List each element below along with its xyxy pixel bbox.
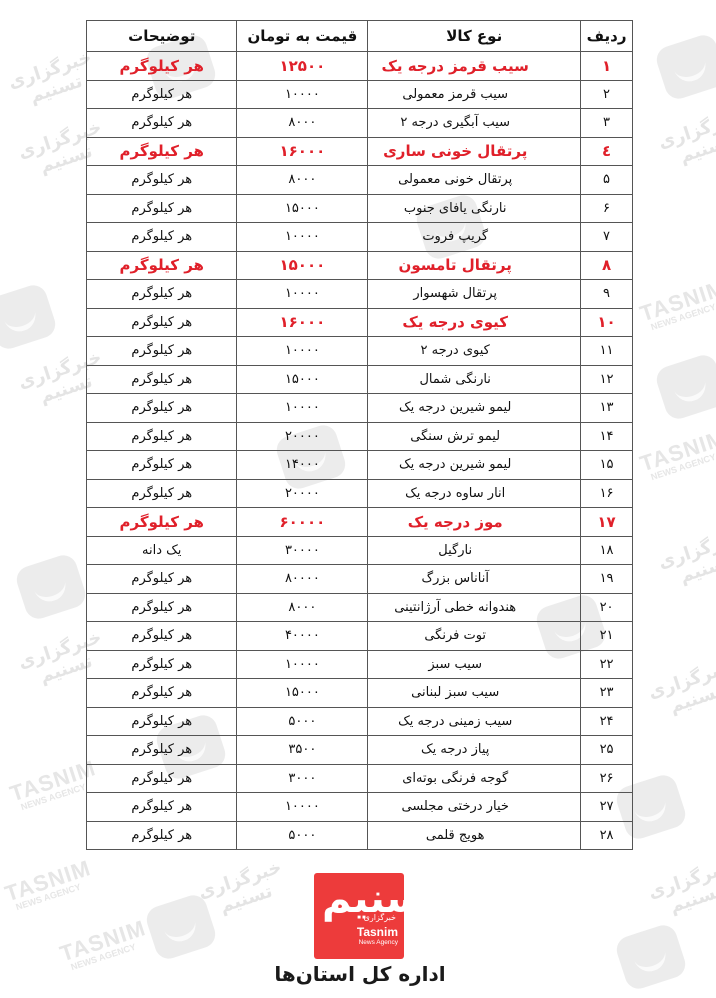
- cell-price: ۱۵۰۰۰: [237, 194, 368, 223]
- cell-index: ۹: [581, 280, 633, 309]
- cell-index: ۱۸: [581, 536, 633, 565]
- cell-price: ۸۰۰۰۰: [237, 565, 368, 594]
- table-row: ۱۴لیمو ترش سنگی۲۰۰۰۰هر کیلوگرم: [87, 422, 633, 451]
- cell-price: ۱۵۰۰۰: [237, 365, 368, 394]
- cell-index: ۲۸: [581, 821, 633, 850]
- header-item: نوع کالا: [368, 21, 581, 52]
- logo-en-sub-label: News Agency: [359, 939, 398, 946]
- cell-notes: هر کیلوگرم: [87, 280, 237, 309]
- cell-price: ۱۰۰۰۰: [237, 223, 368, 252]
- cell-notes: هر کیلوگرم: [87, 793, 237, 822]
- cell-notes: هر کیلوگرم: [87, 308, 237, 337]
- cell-price: ۲۰۰۰۰: [237, 422, 368, 451]
- cell-notes: هر کیلوگرم: [87, 508, 237, 537]
- table-row: ۱۸نارگیل۳۰۰۰۰یک دانه: [87, 536, 633, 565]
- cell-item: لیمو ترش سنگی: [368, 422, 581, 451]
- cell-price: ۱۶۰۰۰: [237, 137, 368, 166]
- cell-price: ۱۰۰۰۰: [237, 80, 368, 109]
- cell-notes: هر کیلوگرم: [87, 52, 237, 81]
- cell-item: هویج قلمی: [368, 821, 581, 850]
- table-row: ۲۵پیاز درجه یک۳۵۰۰هر کیلوگرم: [87, 736, 633, 765]
- header-index: ردیف: [581, 21, 633, 52]
- cell-index: ۱۴: [581, 422, 633, 451]
- cell-index: ۱۰: [581, 308, 633, 337]
- header-notes: توضیحات: [87, 21, 237, 52]
- cell-notes: هر کیلوگرم: [87, 365, 237, 394]
- table-row: ۲۶گوجه فرنگی بوته‌ای۳۰۰۰هر کیلوگرم: [87, 764, 633, 793]
- cell-notes: هر کیلوگرم: [87, 764, 237, 793]
- table-row: ۱۳لیمو شیرین درجه یک۱۰۰۰۰هر کیلوگرم: [87, 394, 633, 423]
- table-row: ۱۶انار ساوه درجه یک۲۰۰۰۰هر کیلوگرم: [87, 479, 633, 508]
- cell-notes: هر کیلوگرم: [87, 479, 237, 508]
- cell-notes: هر کیلوگرم: [87, 422, 237, 451]
- table-row: ۱سیب قرمز درجه یک۱۲۵۰۰هر کیلوگرم: [87, 52, 633, 81]
- cell-index: ۶: [581, 194, 633, 223]
- table-row: ۲۳سیب سبز لبنانی۱۵۰۰۰هر کیلوگرم: [87, 679, 633, 708]
- watermark-logo-icon: [0, 282, 59, 353]
- cell-item: کیوی درجه ۲: [368, 337, 581, 366]
- watermark-en: TASNIMNEWS AGENCY: [57, 917, 151, 974]
- table-row: ۷گریپ فروت۱۰۰۰۰هر کیلوگرم: [87, 223, 633, 252]
- cell-price: ۱۰۰۰۰: [237, 394, 368, 423]
- table-row: ۲۸هویج قلمی۵۰۰۰هر کیلوگرم: [87, 821, 633, 850]
- cell-price: ۳۰۰۰۰: [237, 536, 368, 565]
- cell-price: ۱۲۵۰۰: [237, 52, 368, 81]
- watermark-fa: خبرگزاریتسنیم: [196, 858, 290, 922]
- header-price: قیمت به تومان: [237, 21, 368, 52]
- cell-price: ۸۰۰۰: [237, 166, 368, 195]
- cell-index: ۱۱: [581, 337, 633, 366]
- cell-notes: هر کیلوگرم: [87, 109, 237, 138]
- cell-index: ۱۳: [581, 394, 633, 423]
- cell-price: ۸۰۰۰: [237, 109, 368, 138]
- cell-index: ۱۵: [581, 451, 633, 480]
- cell-item: کیوی درجه یک: [368, 308, 581, 337]
- table-row: ۱۹آناناس بزرگ۸۰۰۰۰هر کیلوگرم: [87, 565, 633, 594]
- cell-price: ۵۰۰۰: [237, 821, 368, 850]
- table-row: ۵پرتقال خونی معمولی۸۰۰۰هر کیلوگرم: [87, 166, 633, 195]
- cell-price: ۴۰۰۰۰: [237, 622, 368, 651]
- cell-item: خیار درختی مجلسی: [368, 793, 581, 822]
- cell-index: ۲: [581, 80, 633, 109]
- cell-price: ۸۰۰۰: [237, 593, 368, 622]
- cell-item: پرتقال تامسون: [368, 251, 581, 280]
- watermark-logo-icon: [13, 552, 89, 623]
- cell-item: گریپ فروت: [368, 223, 581, 252]
- table-row: ۹پرتقال شهسوار۱۰۰۰۰هر کیلوگرم: [87, 280, 633, 309]
- table-row: ۲۴سیب زمینی درجه یک۵۰۰۰هر کیلوگرم: [87, 707, 633, 736]
- cell-notes: هر کیلوگرم: [87, 337, 237, 366]
- cell-notes: هر کیلوگرم: [87, 394, 237, 423]
- cell-item: پرتقال خونی معمولی: [368, 166, 581, 195]
- cell-item: پیاز درجه یک: [368, 736, 581, 765]
- cell-index: ۲۶: [581, 764, 633, 793]
- cell-item: سیب زمینی درجه یک: [368, 707, 581, 736]
- watermark-fa: خبرگزاریتسنیم: [656, 528, 716, 592]
- cell-item: هندوانه خطی آرژانتینی: [368, 593, 581, 622]
- logo-fa-label: خبرگزاری: [364, 913, 396, 922]
- cell-item: لیمو شیرین درجه یک: [368, 394, 581, 423]
- cell-notes: یک دانه: [87, 536, 237, 565]
- cell-price: ۶۰۰۰۰: [237, 508, 368, 537]
- cell-notes: هر کیلوگرم: [87, 679, 237, 708]
- cell-price: ۱۰۰۰۰: [237, 337, 368, 366]
- table-row: ۱۵لیمو شیرین درجه یک۱۴۰۰۰هر کیلوگرم: [87, 451, 633, 480]
- logo-en-label: Tasnim: [357, 925, 398, 939]
- cell-item: انار ساوه درجه یک: [368, 479, 581, 508]
- cell-notes: هر کیلوگرم: [87, 736, 237, 765]
- watermark-en: TASNIMNEWS AGENCY: [2, 857, 96, 914]
- cell-index: ۱۹: [581, 565, 633, 594]
- cell-price: ۱۶۰۰۰: [237, 308, 368, 337]
- cell-notes: هر کیلوگرم: [87, 194, 237, 223]
- cell-price: ۱۵۰۰۰: [237, 251, 368, 280]
- fruit-price-table: ردیف نوع کالا قیمت به تومان توضیحات ۱سیب…: [86, 20, 633, 850]
- cell-notes: هر کیلوگرم: [87, 251, 237, 280]
- cell-price: ۱۴۰۰۰: [237, 451, 368, 480]
- cell-notes: هر کیلوگرم: [87, 166, 237, 195]
- cell-index: ۲۱: [581, 622, 633, 651]
- footer-caption: اداره کل استان‌ها: [270, 962, 450, 986]
- cell-index: ۵: [581, 166, 633, 195]
- cell-index: ۲۳: [581, 679, 633, 708]
- cell-item: لیمو شیرین درجه یک: [368, 451, 581, 480]
- cell-index: ۱۲: [581, 365, 633, 394]
- cell-price: ۱۰۰۰۰: [237, 793, 368, 822]
- table-row: ۱۲نارنگی شمال۱۵۰۰۰هر کیلوگرم: [87, 365, 633, 394]
- table-row: ۲۷خیار درختی مجلسی۱۰۰۰۰هر کیلوگرم: [87, 793, 633, 822]
- cell-item: نارنگی شمال: [368, 365, 581, 394]
- watermark-fa: خبرگزاریتسنیم: [646, 658, 716, 722]
- watermark-logo-icon: [143, 892, 219, 963]
- cell-item: نارگیل: [368, 536, 581, 565]
- cell-price: ۱۵۰۰۰: [237, 679, 368, 708]
- cell-index: ۲۴: [581, 707, 633, 736]
- table-row: ۲۰هندوانه خطی آرژانتینی۸۰۰۰هر کیلوگرم: [87, 593, 633, 622]
- cell-item: سیب آبگیری درجه ۲: [368, 109, 581, 138]
- watermark-en: TASNIMNEWS AGENCY: [637, 277, 716, 334]
- cell-index: ۲۰: [581, 593, 633, 622]
- cell-notes: هر کیلوگرم: [87, 650, 237, 679]
- watermark-en: TASNIMNEWS AGENCY: [637, 427, 716, 484]
- cell-index: ۷: [581, 223, 633, 252]
- cell-notes: هر کیلوگرم: [87, 223, 237, 252]
- cell-item: توت فرنگی: [368, 622, 581, 651]
- cell-notes: هر کیلوگرم: [87, 707, 237, 736]
- table-row: ۸پرتقال تامسون۱۵۰۰۰هر کیلوگرم: [87, 251, 633, 280]
- watermark-fa: خبرگزاریتسنیم: [656, 108, 716, 172]
- cell-price: ۱۰۰۰۰: [237, 280, 368, 309]
- cell-item: سیب سبز لبنانی: [368, 679, 581, 708]
- table-row: ۱۱کیوی درجه ۲۱۰۰۰۰هر کیلوگرم: [87, 337, 633, 366]
- cell-index: ۱۶: [581, 479, 633, 508]
- cell-notes: هر کیلوگرم: [87, 137, 237, 166]
- cell-notes: هر کیلوگرم: [87, 451, 237, 480]
- cell-price: ۳۰۰۰: [237, 764, 368, 793]
- table-header-row: ردیف نوع کالا قیمت به تومان توضیحات: [87, 21, 633, 52]
- table-row: ۱۷موز درجه یک۶۰۰۰۰هر کیلوگرم: [87, 508, 633, 537]
- cell-price: ۳۵۰۰: [237, 736, 368, 765]
- cell-item: گوجه فرنگی بوته‌ای: [368, 764, 581, 793]
- table-row: ۳سیب آبگیری درجه ۲۸۰۰۰هر کیلوگرم: [87, 109, 633, 138]
- cell-notes: هر کیلوگرم: [87, 622, 237, 651]
- cell-notes: هر کیلوگرم: [87, 821, 237, 850]
- cell-item: سیب قرمز درجه یک: [368, 52, 581, 81]
- watermark-fa: خبرگزاریتسنیم: [646, 858, 716, 922]
- cell-item: پرتقال خونی ساری: [368, 137, 581, 166]
- cell-item: موز درجه یک: [368, 508, 581, 537]
- table-row: ۲۲سیب سبز۱۰۰۰۰هر کیلوگرم: [87, 650, 633, 679]
- cell-notes: هر کیلوگرم: [87, 565, 237, 594]
- cell-notes: هر کیلوگرم: [87, 80, 237, 109]
- table-body: ۱سیب قرمز درجه یک۱۲۵۰۰هر کیلوگرم۲سیب قرم…: [87, 52, 633, 850]
- cell-index: ۱: [581, 52, 633, 81]
- cell-index: ۳: [581, 109, 633, 138]
- cell-item: آناناس بزرگ: [368, 565, 581, 594]
- cell-item: سیب سبز: [368, 650, 581, 679]
- cell-price: ۵۰۰۰: [237, 707, 368, 736]
- table-row: ۱۰کیوی درجه یک۱۶۰۰۰هر کیلوگرم: [87, 308, 633, 337]
- table-row: ۲سیب قرمز معمولی۱۰۰۰۰هر کیلوگرم: [87, 80, 633, 109]
- tasnim-logo: تسنیم خبرگزاری Tasnim News Agency: [314, 873, 404, 959]
- cell-price: ۲۰۰۰۰: [237, 479, 368, 508]
- watermark-logo-icon: [613, 922, 689, 993]
- cell-price: ۱۰۰۰۰: [237, 650, 368, 679]
- cell-notes: هر کیلوگرم: [87, 593, 237, 622]
- cell-item: سیب قرمز معمولی: [368, 80, 581, 109]
- table-row: ۶نارنگی یافای جنوب۱۵۰۰۰هر کیلوگرم: [87, 194, 633, 223]
- table-row: ٤پرتقال خونی ساری۱۶۰۰۰هر کیلوگرم: [87, 137, 633, 166]
- cell-index: ۸: [581, 251, 633, 280]
- cell-item: پرتقال شهسوار: [368, 280, 581, 309]
- table-row: ۲۱توت فرنگی۴۰۰۰۰هر کیلوگرم: [87, 622, 633, 651]
- watermark-logo-icon: [653, 32, 716, 103]
- watermark-logo-icon: [653, 352, 716, 423]
- cell-index: ۲۷: [581, 793, 633, 822]
- cell-index: ۲۵: [581, 736, 633, 765]
- cell-index: ۱۷: [581, 508, 633, 537]
- cell-index: ۲۲: [581, 650, 633, 679]
- cell-index: ٤: [581, 137, 633, 166]
- cell-item: نارنگی یافای جنوب: [368, 194, 581, 223]
